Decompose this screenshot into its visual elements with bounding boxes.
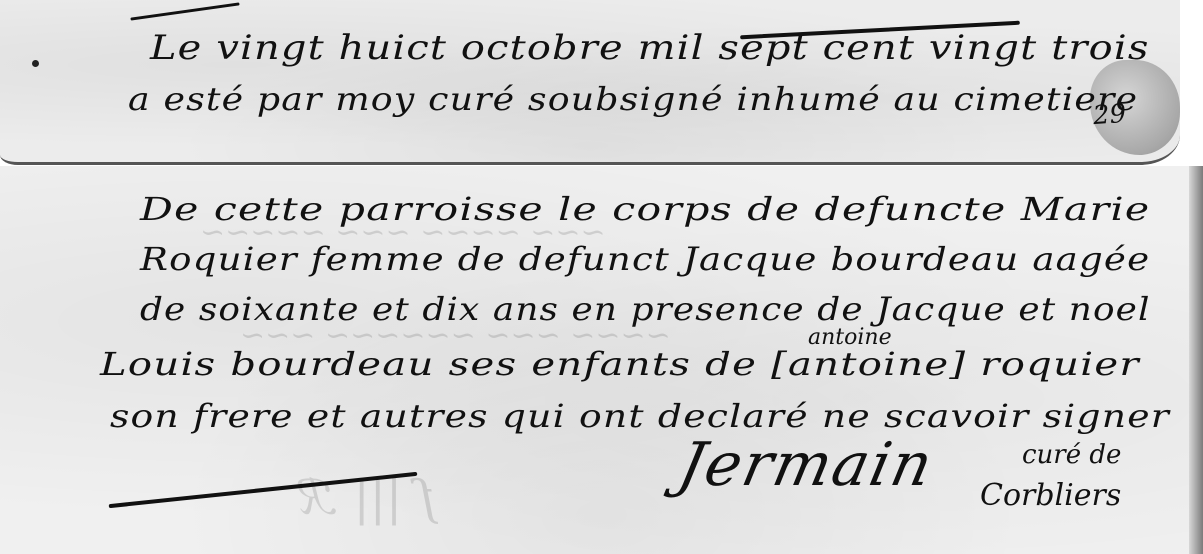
- document-scan: ~~~ ~~~~ ~~~ ~~~~~ ~~~~ ~~~ ~~~~~~ ~~~ ſ…: [0, 0, 1203, 554]
- handwritten-line-7: son frere et autres qui ont declaré ne s…: [110, 397, 1170, 435]
- handwritten-line-2: a esté par moy curé soubsigné inhumé au …: [128, 80, 1138, 118]
- handwritten-line-4: Roquier femme de defunct Jacque bourdeau…: [140, 240, 1150, 278]
- page-edge-shadow: [1189, 166, 1203, 554]
- ink-dot: [32, 60, 39, 67]
- priest-signature: Jermain: [673, 430, 941, 500]
- handwritten-line-6: Louis bourdeau ses enfants de [antoine] …: [100, 345, 1140, 383]
- margin-number: 29: [1092, 99, 1127, 131]
- handwritten-line-3: De cette parroisse le corps de defuncte …: [140, 190, 1150, 228]
- signature-title-line-2: Corbliers: [980, 478, 1121, 513]
- handwritten-line-1: Le vingt huict octobre mil sept cent vin…: [150, 28, 1149, 68]
- signature-title-line-1: curé de: [1022, 440, 1121, 470]
- handwritten-line-5: de soixante et dix ans en presence de Ja…: [140, 290, 1151, 328]
